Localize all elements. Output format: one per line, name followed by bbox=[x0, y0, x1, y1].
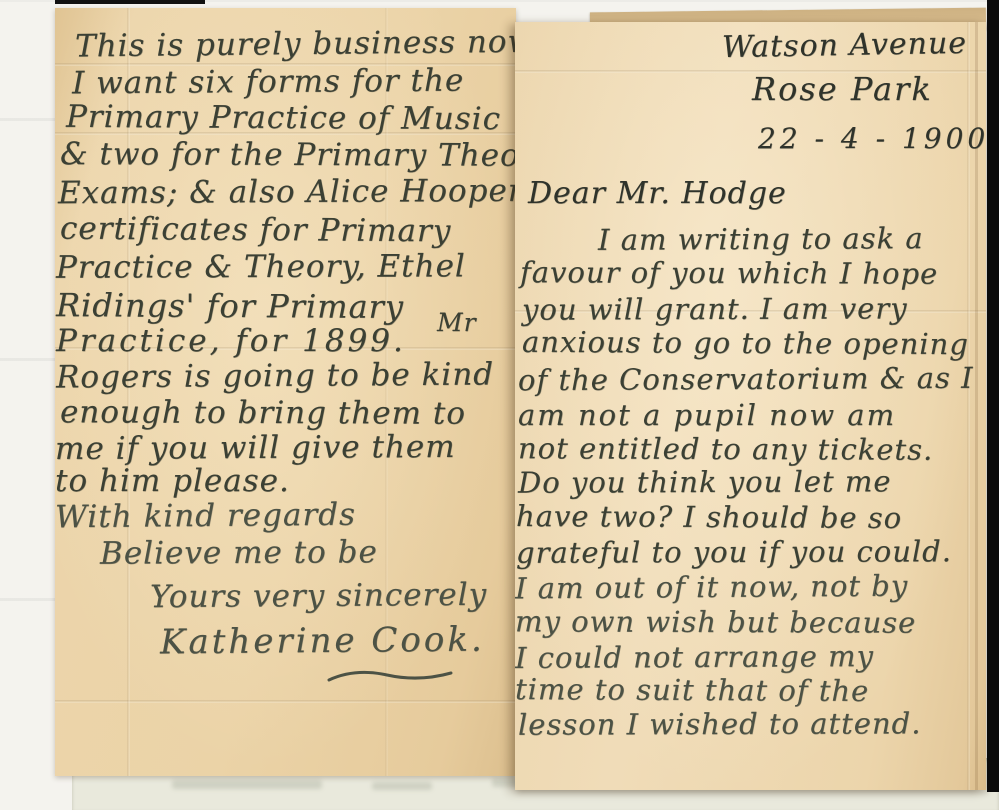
crease bbox=[55, 700, 516, 703]
salutation: Dear Mr. Hodge bbox=[528, 176, 787, 211]
date-line: 22 - 4 - 1900 bbox=[758, 122, 986, 155]
handwritten-line: I could not arrange my bbox=[515, 639, 874, 675]
handwritten-line: Rogers is going to be kind bbox=[56, 356, 494, 395]
backing-sheet-faint-writing bbox=[372, 782, 432, 790]
handwritten-line: grateful to you if you could. bbox=[516, 534, 952, 570]
letter-page-right: Watson Avenue Rose Park 22 - 4 - 1900 De… bbox=[515, 22, 986, 790]
address-line: Watson Avenue bbox=[722, 26, 968, 65]
handwritten-line: enough to bring them to bbox=[60, 394, 466, 431]
signature-flourish bbox=[325, 666, 455, 686]
scanned-letter: This is purely business now: I want six … bbox=[0, 0, 999, 810]
handwritten-line: This is purely business now: bbox=[75, 24, 516, 65]
handwritten-line: Mr bbox=[437, 308, 477, 337]
handwritten-line: am not a pupil now am bbox=[518, 398, 896, 432]
handwritten-line: my own wish but because bbox=[515, 604, 916, 639]
scan-edge-artifact-top bbox=[55, 0, 205, 4]
handwritten-line: not entitled to any tickets. bbox=[518, 431, 933, 466]
scan-edge-artifact-right bbox=[987, 0, 999, 792]
letter-page-left: This is purely business now: I want six … bbox=[55, 8, 516, 776]
closing-line: Yours very sincerely bbox=[150, 577, 487, 615]
handwritten-line: me if you will give them bbox=[55, 429, 456, 467]
handwritten-line: of the Conservatorium & as I bbox=[518, 361, 974, 397]
handwritten-line: I am writing to ask a bbox=[598, 221, 924, 257]
handwritten-line: certificates for Primary bbox=[60, 211, 452, 250]
handwritten-line: Practice & Theory, Ethel bbox=[56, 248, 466, 285]
handwritten-line: lesson I wished to attend. bbox=[518, 706, 922, 741]
handwritten-line: Do you think you let me bbox=[518, 464, 892, 499]
handwritten-line: Ridings' for Primary bbox=[56, 286, 404, 326]
address-line: Rose Park bbox=[752, 70, 933, 108]
backing-sheet-faint-writing bbox=[172, 780, 322, 789]
handwritten-line: Primary Practice of Music bbox=[66, 99, 501, 137]
handwritten-line: to him please. bbox=[55, 463, 290, 499]
handwritten-line: I am out of it now, not by bbox=[515, 569, 908, 606]
signature: Katherine Cook. bbox=[160, 620, 485, 663]
handwritten-line: anxious to go to the opening bbox=[522, 325, 969, 361]
handwritten-line: have two? I should be so bbox=[516, 499, 902, 535]
closing-line: Believe me to be bbox=[100, 534, 378, 571]
handwritten-line: I want six forms for the bbox=[72, 63, 464, 102]
handwritten-line: time to suit that of the bbox=[515, 672, 869, 708]
handwritten-line: Exams; & also Alice Hooper's bbox=[58, 173, 516, 212]
handwritten-line: you will grant. I am very bbox=[522, 291, 908, 326]
handwritten-line: & two for the Primary Theory bbox=[60, 136, 516, 174]
handwritten-line: favour of you which I hope bbox=[520, 255, 938, 290]
closing-line: With kind regards bbox=[55, 497, 356, 536]
handwritten-line: Practice, for 1899. bbox=[56, 323, 406, 359]
